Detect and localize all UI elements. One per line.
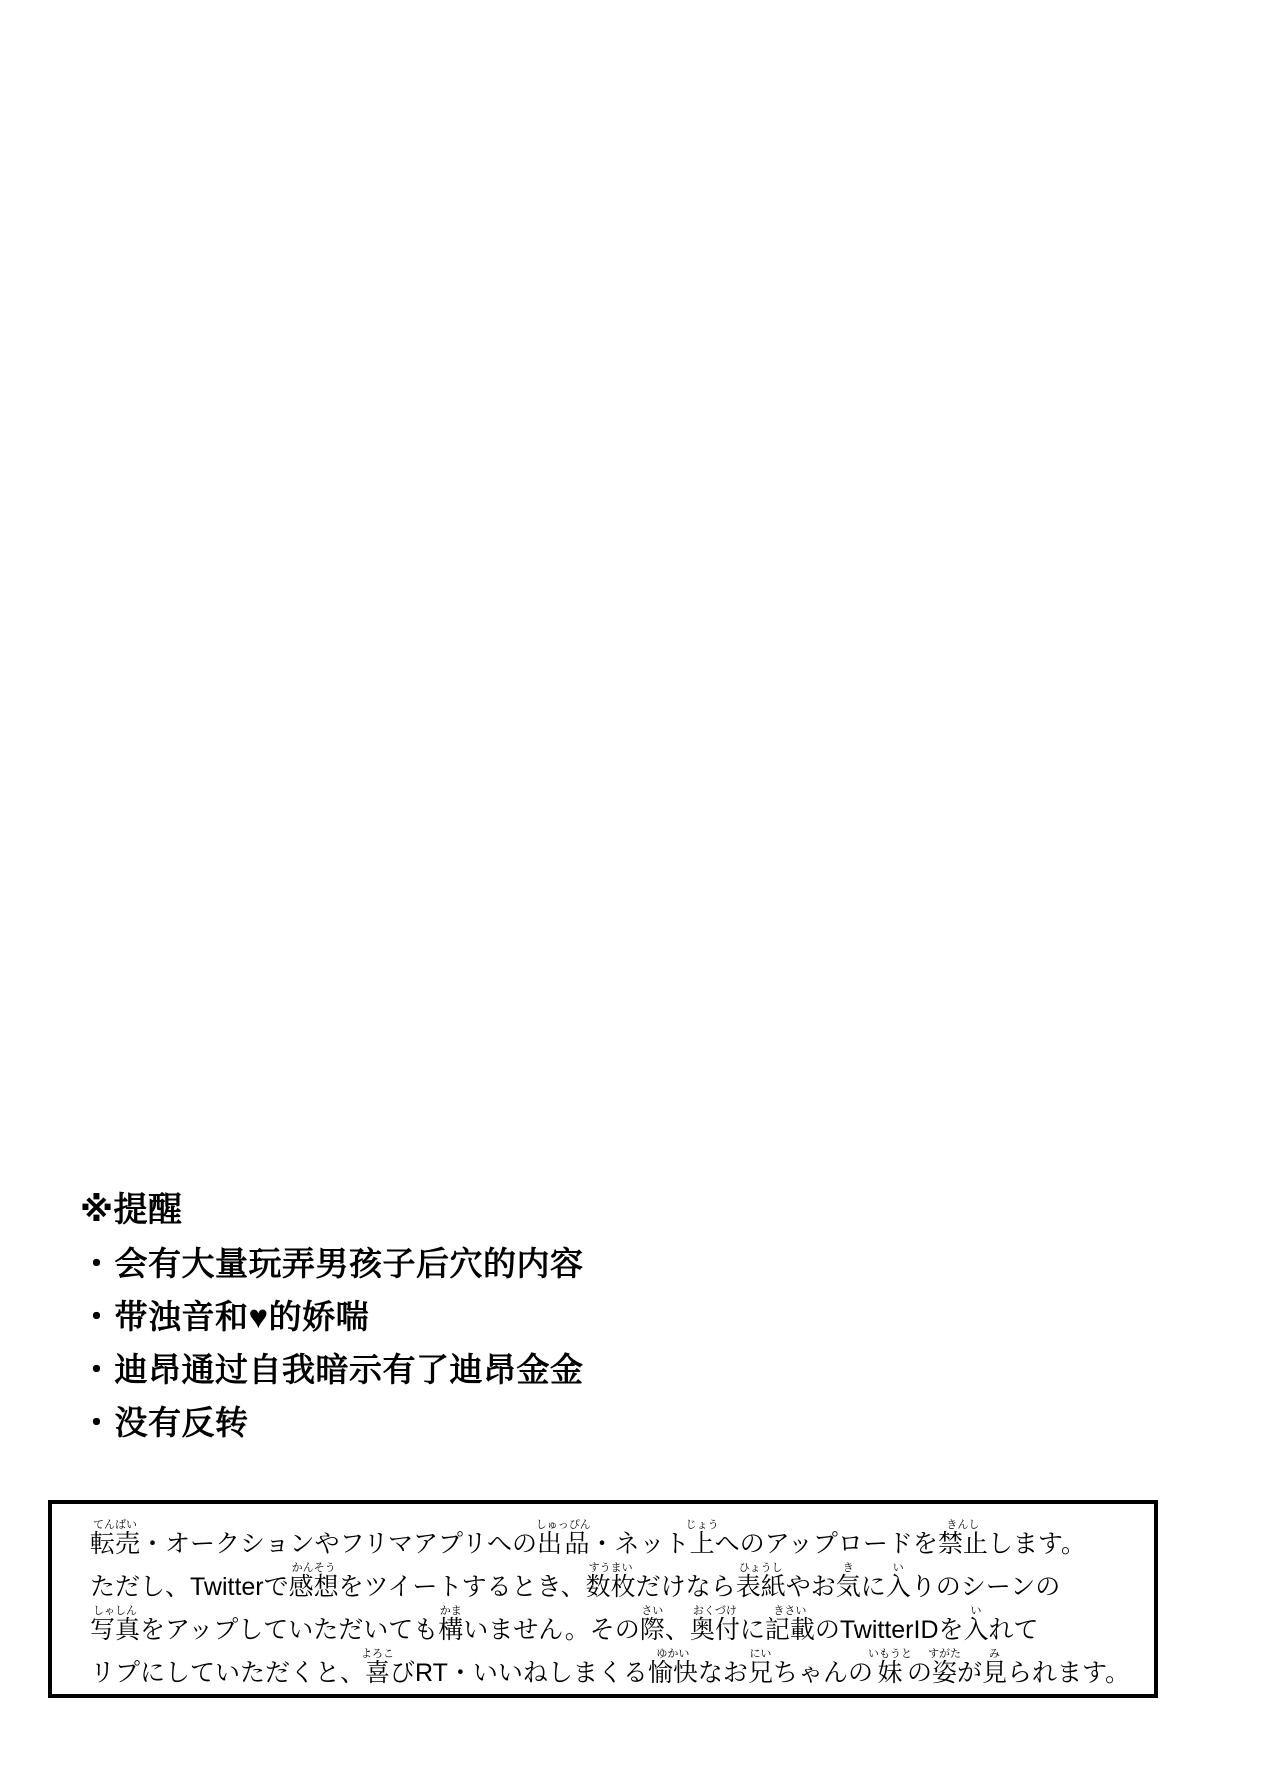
warning-item: ・带浊音和♥的娇喘 <box>80 1290 584 1343</box>
ruby-annotated-word: 入い <box>964 1616 989 1644</box>
notice-text-run: やお <box>786 1573 836 1601</box>
notice-line: 転売てんばい・オークションやフリマアプリへの出品しゅっぴん・ネット上じょうへのア… <box>90 1519 1146 1562</box>
ruby-annotated-word: 転売てんばい <box>90 1530 140 1558</box>
repost-policy-box: 転売てんばい・オークションやフリマアプリへの出品しゅっぴん・ネット上じょうへのア… <box>48 1500 1158 1698</box>
bullet-icon: ・ <box>80 1351 114 1388</box>
notice-text-run: られます。 <box>1007 1659 1130 1687</box>
notice-text-run: れて <box>989 1616 1039 1644</box>
ruby-annotated-word: 表紙ひょうし <box>736 1573 786 1601</box>
notice-text: 転売てんばい・オークションやフリマアプリへの出品しゅっぴん・ネット上じょうへのア… <box>90 1519 1146 1691</box>
notice-text-run: します。 <box>988 1530 1086 1558</box>
ruby-annotated-word: 禁止きんし <box>938 1530 988 1558</box>
ruby-annotated-word: 気き <box>836 1573 861 1601</box>
warning-item-text: 会有大量玩弄男孩子后穴的内容 <box>115 1245 584 1282</box>
notice-line: リプにしていただくと、喜よろこびRT・いいねしまくる愉快ゆかいなお兄にいちゃんの… <box>90 1648 1146 1691</box>
bullet-icon: ・ <box>80 1245 114 1282</box>
ruby-annotated-word: 妹いもうと <box>873 1659 907 1687</box>
ruby-annotated-word: 奥付おくづけ <box>690 1616 740 1644</box>
notice-line: ただし、Twitterで感想かんそうをツイートするとき、数枚すうまいだけなら表紙… <box>90 1562 1146 1605</box>
notice-text-run: が <box>957 1659 982 1687</box>
ruby-annotated-word: 記載きさい <box>765 1616 815 1644</box>
warning-item: ・没有反转 <box>80 1396 584 1449</box>
notice-text-run: ・ネット <box>590 1530 690 1558</box>
ruby-annotated-word: 入い <box>886 1573 911 1601</box>
warning-list: ・会有大量玩弄男孩子后穴的内容・带浊音和♥的娇喘・迪昂通过自我暗示有了迪昂金金・… <box>80 1237 584 1449</box>
notice-text-run: 、 <box>665 1616 690 1644</box>
notice-text-run: のTwitterIDを <box>815 1616 964 1644</box>
notice-line: 写真しゃしんをアップしていただいても構かまいません。その際さい、奥付おくづけに記… <box>90 1605 1146 1648</box>
ruby-annotated-word: 数枚すうまい <box>586 1573 636 1601</box>
warning-heading: ※提醒 <box>80 1184 584 1237</box>
notice-text-run: リプにしていただくと、 <box>90 1659 365 1687</box>
warning-item-text: 带浊音和♥的娇喘 <box>115 1298 370 1335</box>
notice-text-run: へのアップロードを <box>715 1530 938 1558</box>
ruby-annotated-word: 構かま <box>438 1616 463 1644</box>
ruby-annotated-word: 上じょう <box>690 1530 715 1558</box>
notice-text-run: なお <box>698 1659 748 1687</box>
notice-text-run: だけなら <box>636 1573 736 1601</box>
ruby-annotated-word: 兄にい <box>748 1659 773 1687</box>
warning-item: ・迪昂通过自我暗示有了迪昂金金 <box>80 1343 584 1396</box>
notice-text-run: をアップしていただいても <box>140 1616 438 1644</box>
ruby-annotated-word: 見み <box>982 1659 1007 1687</box>
warning-item-text: 没有反转 <box>115 1404 249 1441</box>
notice-text-run: をツイートするとき、 <box>339 1573 586 1601</box>
notice-text-run: びRT・いいねしまくる <box>390 1659 648 1687</box>
bullet-icon: ・ <box>80 1404 114 1441</box>
ruby-annotated-word: 際さい <box>640 1616 665 1644</box>
notice-text-run: ・オークションやフリマアプリへの <box>140 1530 537 1558</box>
notice-text-run: に <box>861 1573 886 1601</box>
doujin-info-page: ※提醒 ・会有大量玩弄男孩子后穴的内容・带浊音和♥的娇喘・迪昂通过自我暗示有了迪… <box>0 0 1280 1790</box>
ruby-annotated-word: 愉快ゆかい <box>648 1659 698 1687</box>
ruby-annotated-word: 感想かんそう <box>289 1573 339 1601</box>
notice-text-run: ちゃんの <box>773 1659 873 1687</box>
content-warning-section: ※提醒 ・会有大量玩弄男孩子后穴的内容・带浊音和♥的娇喘・迪昂通过自我暗示有了迪… <box>80 1184 584 1449</box>
ruby-annotated-word: 写真しゃしん <box>90 1616 140 1644</box>
ruby-annotated-word: 喜よろこ <box>365 1659 390 1687</box>
bullet-icon: ・ <box>80 1298 114 1335</box>
warning-item-text: 迪昂通过自我暗示有了迪昂金金 <box>115 1351 584 1388</box>
notice-text-run: いません。その <box>463 1616 640 1644</box>
ruby-annotated-word: 出品しゅっぴん <box>537 1530 590 1558</box>
notice-text-run: に <box>740 1616 765 1644</box>
warning-item: ・会有大量玩弄男孩子后穴的内容 <box>80 1237 584 1290</box>
notice-text-run: りのシーンの <box>911 1573 1061 1601</box>
notice-text-run: ただし、Twitterで <box>90 1573 289 1601</box>
ruby-annotated-word: 姿すがた <box>932 1659 957 1687</box>
